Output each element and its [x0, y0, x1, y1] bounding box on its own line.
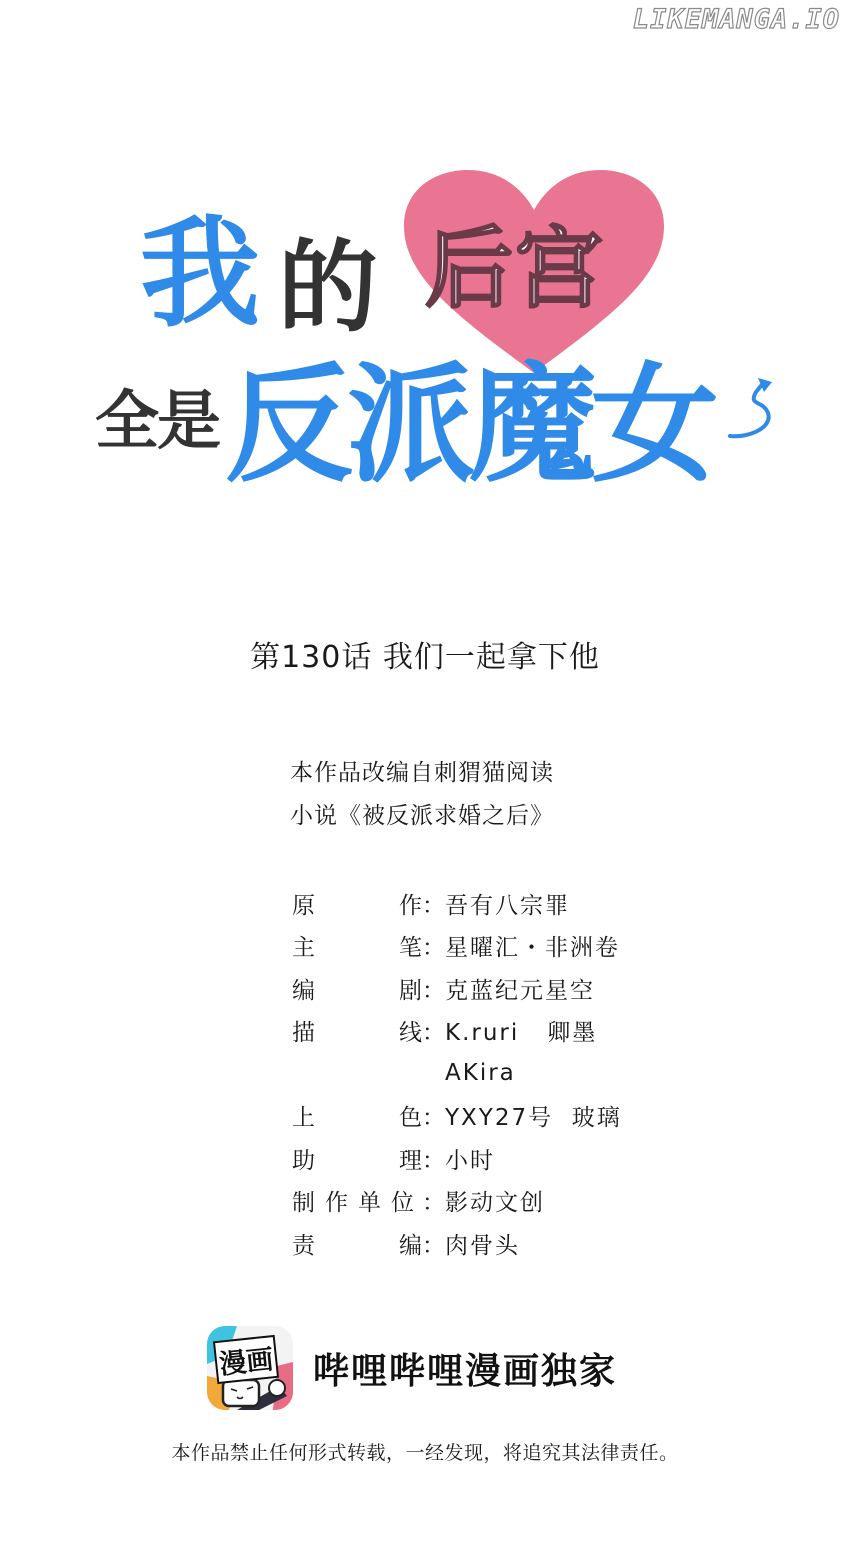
- credit-role: 线: [399, 1014, 422, 1047]
- credit-value: K.ruri 卿墨: [445, 1014, 597, 1047]
- exclusive-badge: 漫画 哔哩哔哩漫画独家: [207, 1326, 617, 1410]
- logo-line1-dark: 的: [278, 238, 378, 338]
- credit-row: 原作 ：吾有八宗罪: [292, 882, 622, 925]
- credit-value: 克蓝纪元星空: [445, 972, 595, 1005]
- source-line-2: 小说《被反派求婚之后》: [290, 795, 554, 838]
- logo-line1-blue: 我: [140, 215, 260, 335]
- colon: ：: [422, 929, 445, 962]
- exclusive-text: 哔哩哔哩漫画独家: [313, 1343, 617, 1394]
- colon: ：: [422, 887, 445, 920]
- credit-role: 制作单位: [292, 1184, 424, 1217]
- credit-value: 星曜汇・非洲卷: [445, 929, 620, 962]
- credit-role: 描: [292, 1014, 315, 1047]
- credit-role: 理: [399, 1142, 422, 1175]
- logo-heart-text: 后宫: [425, 225, 605, 313]
- colon: ：: [422, 1099, 445, 1132]
- colon: ：: [422, 972, 445, 1005]
- credit-role: 责: [292, 1227, 315, 1260]
- credit-role: 剧: [399, 972, 422, 1005]
- credit-role: 上: [292, 1099, 315, 1132]
- credit-value: 影动文创: [445, 1184, 545, 1217]
- credit-role: 助: [292, 1142, 315, 1175]
- credit-role: 编: [399, 1227, 422, 1260]
- logo-line2-dark: 全是: [95, 390, 219, 454]
- credit-value: 小时: [445, 1142, 495, 1175]
- logo-line2-blue: 反派魔女: [225, 362, 713, 490]
- credit-row: ：AKira: [292, 1052, 622, 1095]
- colon: ：: [422, 1014, 445, 1047]
- credit-value: 吾有八宗罪: [445, 887, 570, 920]
- source-note: 本作品改编自刺猬猫阅读 小说《被反派求婚之后》: [290, 752, 554, 838]
- credits-list: 原作 ：吾有八宗罪 主笔 ：星曜汇・非洲卷 编剧 ：克蓝纪元星空 描线 ：K.r…: [292, 882, 622, 1265]
- credit-role: 色: [399, 1099, 422, 1132]
- credit-role: 主: [292, 929, 315, 962]
- devil-tail-icon: [728, 378, 788, 448]
- credit-row: 编剧 ：克蓝纪元星空: [292, 967, 622, 1010]
- credit-row: 助理 ：小时: [292, 1137, 622, 1180]
- title-logo: 后宫 我 的 全是 反派魔女: [0, 0, 850, 520]
- app-icon-label: 漫画: [213, 1335, 279, 1384]
- credit-role: 原: [292, 887, 315, 920]
- colon: ：: [422, 1184, 445, 1217]
- colon: ：: [422, 1142, 445, 1175]
- credit-row: 描线 ：K.ruri 卿墨: [292, 1010, 622, 1053]
- copyright-notice: 本作品禁止任何形式转载，一经发现，将追究其法律责任。: [0, 1438, 850, 1465]
- credit-row: 主笔 ：星曜汇・非洲卷: [292, 925, 622, 968]
- colon: ：: [422, 1227, 445, 1260]
- credit-value: 肉骨头: [445, 1227, 520, 1260]
- credit-row: 上色 ：YXY27号 玻璃: [292, 1095, 622, 1138]
- credit-value: YXY27号 玻璃: [445, 1099, 622, 1132]
- credit-role: 编: [292, 972, 315, 1005]
- chapter-title: 第130话 我们一起拿下他: [0, 632, 850, 676]
- source-line-1: 本作品改编自刺猬猫阅读: [290, 752, 554, 795]
- credit-role: 笔: [399, 929, 422, 962]
- credit-value: AKira: [445, 1060, 516, 1086]
- credit-row: 制作单位 ：影动文创: [292, 1180, 622, 1223]
- bilibili-comics-app-icon: 漫画: [207, 1326, 293, 1410]
- credit-row: 责编 ：肉骨头: [292, 1222, 622, 1265]
- credit-role: 作: [399, 887, 422, 920]
